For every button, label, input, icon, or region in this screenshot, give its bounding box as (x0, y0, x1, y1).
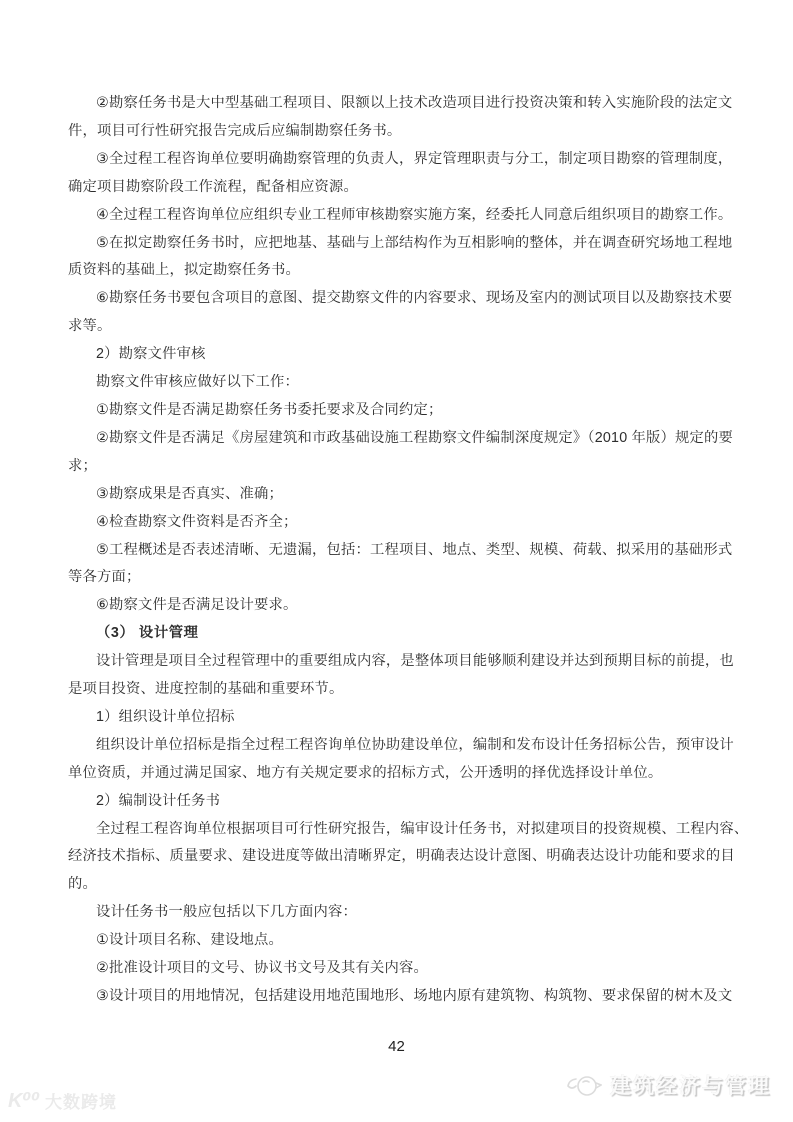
text-line: 是项目投资、进度控制的基础和重要环节。 (68, 676, 740, 704)
watermark-bottom-left: K⁰⁰ 大数跨境 (8, 1088, 117, 1113)
section-heading: （3） 设计管理 (68, 620, 740, 648)
watermark-right-text: 建筑经济与管理 (610, 1070, 771, 1100)
text-line: ②批准设计项目的文号、协议书文号及其有关内容。 (68, 955, 740, 983)
text-line: ⑥勘察文件是否满足设计要求。 (68, 592, 740, 620)
text-line: ③全过程工程咨询单位要明确勘察管理的负责人，界定管理职责与分工，制定项目勘察的管… (68, 146, 740, 174)
text-line: ⑥勘察任务书要包含项目的意图、提交勘察文件的内容要求、现场及室内的测试项目以及勘… (68, 285, 740, 313)
text-line: ②勘察文件是否满足《房屋建筑和市政基础设施工程勘察文件编制深度规定》（2010 … (68, 425, 740, 453)
text-line: ⑤工程概述是否表述清晰、无遗漏，包括：工程项目、地点、类型、规模、荷载、拟采用的… (68, 537, 740, 565)
text-line: 经济技术指标、质量要求、建设进度等做出清晰界定，明确表达设计意图、明确表达设计功… (68, 843, 740, 871)
text-line: 件，项目可行性研究报告完成后应编制勘察任务书。 (68, 118, 740, 146)
text-line: ②勘察任务书是大中型基础工程项目、限额以上技术改造项目进行投资决策和转入实施阶段… (68, 90, 740, 118)
text-line: ③勘察成果是否真实、准确； (68, 481, 740, 509)
text-line: 质资料的基础上，拟定勘察任务书。 (68, 257, 740, 285)
text-line: 组织设计单位招标是指全过程工程咨询单位协助建设单位，编制和发布设计任务招标公告，… (68, 732, 740, 760)
text-line: ①勘察文件是否满足勘察任务书委托要求及合同约定； (68, 397, 740, 425)
text-line: 等各方面； (68, 564, 740, 592)
bird-logo-icon (566, 1070, 602, 1100)
text-line: 单位资质，并通过满足国家、地方有关规定要求的招标方式，公开透明的择优选择设计单位… (68, 760, 740, 788)
text-line: 设计任务书一般应包括以下几方面内容： (68, 899, 740, 927)
text-line: 求； (68, 453, 740, 481)
watermark-left-text: 大数跨境 (45, 1088, 117, 1113)
document-page: ②勘察任务书是大中型基础工程项目、限额以上技术改造项目进行投资决策和转入实施阶段… (0, 0, 793, 1122)
text-line: 2）勘察文件审核 (68, 341, 740, 369)
text-line: 的。 (68, 871, 740, 899)
text-line: 2）编制设计任务书 (68, 788, 740, 816)
text-line: ①设计项目名称、建设地点。 (68, 927, 740, 955)
document-body: ②勘察任务书是大中型基础工程项目、限额以上技术改造项目进行投资决策和转入实施阶段… (68, 90, 740, 1011)
page-number: 42 (0, 1038, 793, 1055)
text-line: ④检查勘察文件资料是否齐全； (68, 509, 740, 537)
text-line: 勘察文件审核应做好以下工作： (68, 369, 740, 397)
k00-logo-icon: K⁰⁰ (8, 1088, 40, 1113)
text-line: 求等。 (68, 313, 740, 341)
watermark-bottom-right: 建筑经济与管理 (566, 1070, 771, 1100)
text-line: 确定项目勘察阶段工作流程，配备相应资源。 (68, 174, 740, 202)
text-line: ⑤在拟定勘察任务书时，应把地基、基础与上部结构作为互相影响的整体，并在调查研究场… (68, 230, 740, 258)
text-line: 1）组织设计单位招标 (68, 704, 740, 732)
text-line: ④全过程工程咨询单位应组织专业工程师审核勘察实施方案，经委托人同意后组织项目的勘… (68, 202, 740, 230)
text-line: 设计管理是项目全过程管理中的重要组成内容，是整体项目能够顺利建设并达到预期目标的… (68, 648, 740, 676)
text-line: ③设计项目的用地情况，包括建设用地范围地形、场地内原有建筑物、构筑物、要求保留的… (68, 983, 740, 1011)
text-line: 全过程工程咨询单位根据项目可行性研究报告，编审设计任务书，对拟建项目的投资规模、… (68, 816, 740, 844)
